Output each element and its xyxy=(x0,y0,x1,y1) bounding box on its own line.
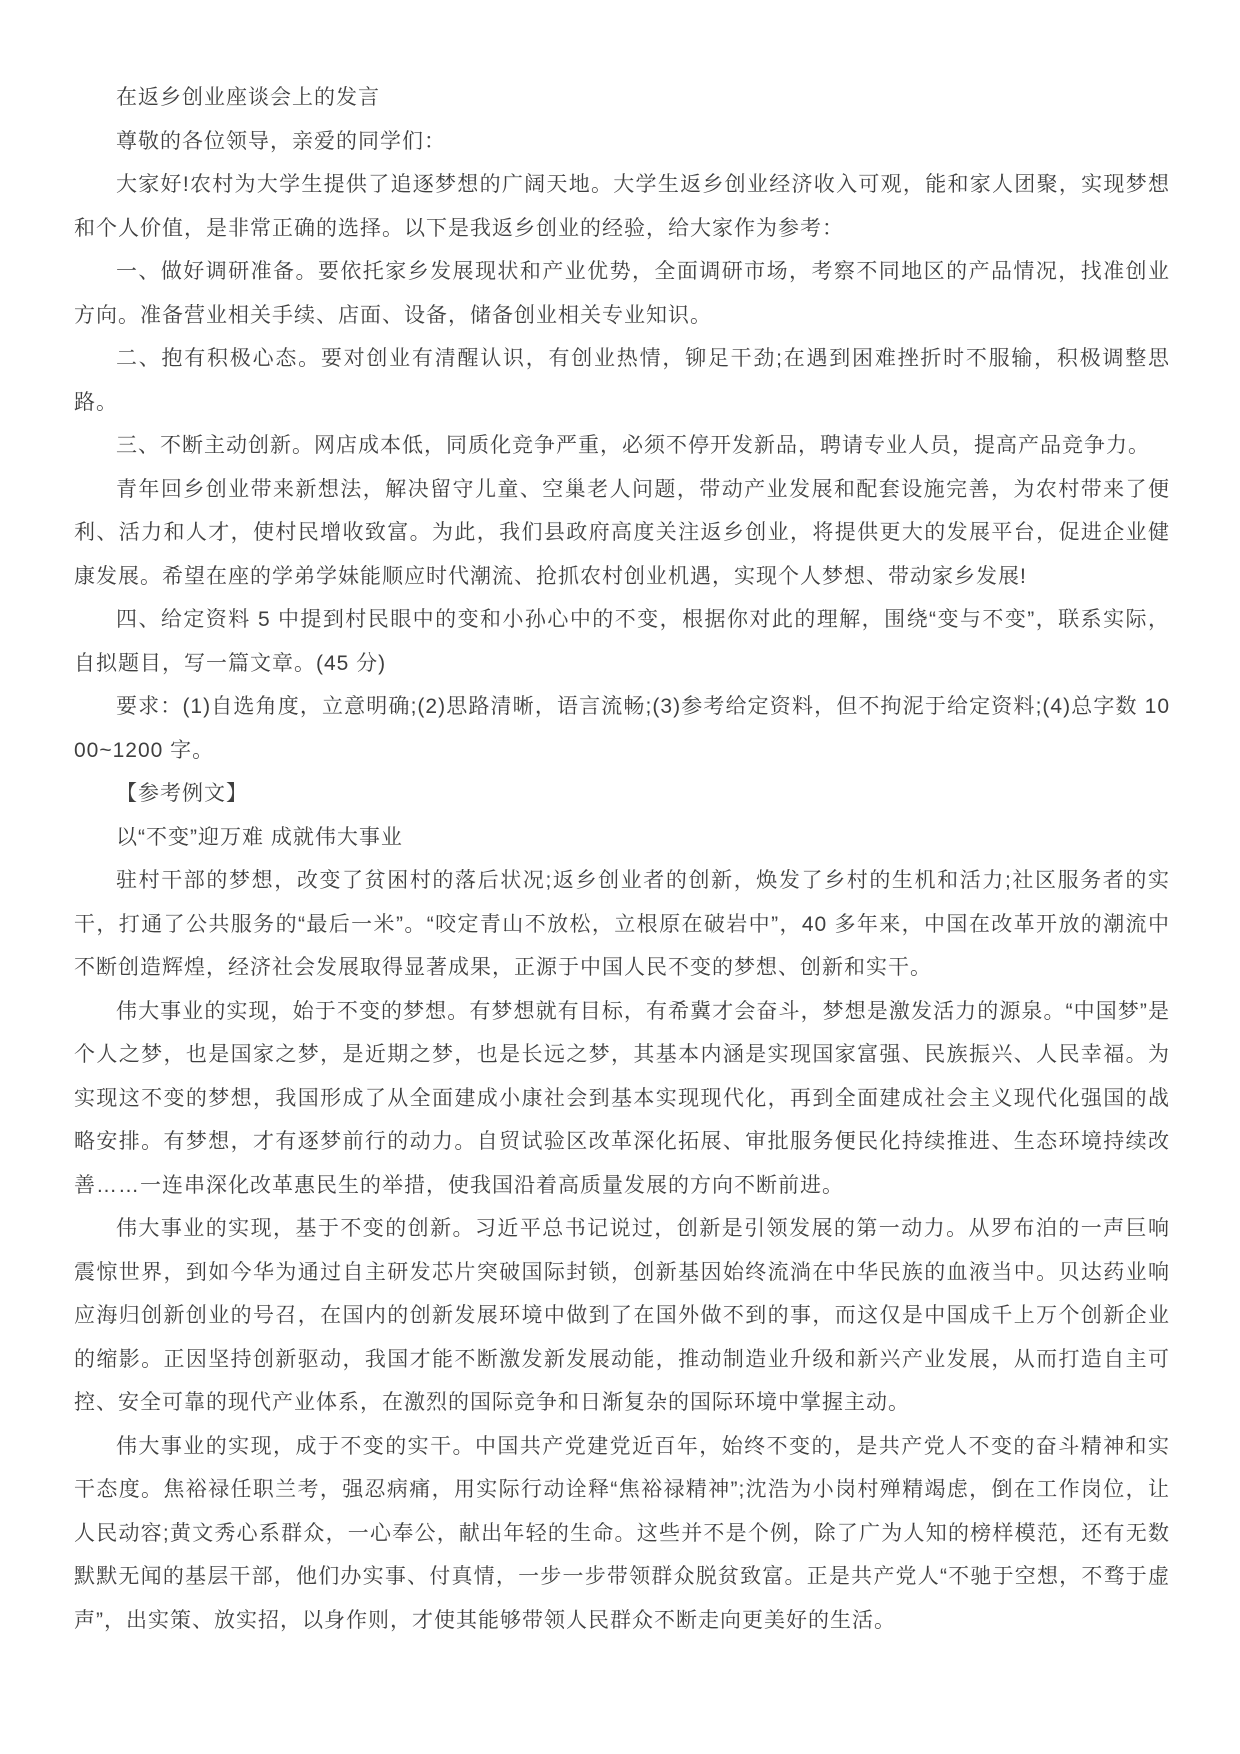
paragraph: 在返乡创业座谈会上的发言 xyxy=(74,76,1170,120)
page: { "page": { "background": "#ffffff", "te… xyxy=(0,0,1240,1754)
paragraph: 伟大事业的实现，始于不变的梦想。有梦想就有目标，有希冀才会奋斗，梦想是激发活力的… xyxy=(74,990,1170,1208)
paragraph: 二、抱有积极心态。要对创业有清醒认识，有创业热情，铆足干劲;在遇到困难挫折时不服… xyxy=(74,337,1170,424)
paragraph: 一、做好调研准备。要依托家乡发展现状和产业优势，全面调研市场，考察不同地区的产品… xyxy=(74,250,1170,337)
paragraph: 三、不断主动创新。网店成本低，同质化竞争严重，必须不停开发新品，聘请专业人员，提… xyxy=(74,424,1170,468)
paragraph: 【参考例文】 xyxy=(74,772,1170,816)
paragraph: 要求：(1)自选角度，立意明确;(2)思路清晰，语言流畅;(3)参考给定资料，但… xyxy=(74,685,1170,772)
paragraph: 伟大事业的实现，基于不变的创新。习近平总书记说过，创新是引领发展的第一动力。从罗… xyxy=(74,1207,1170,1425)
paragraph: 大家好!农村为大学生提供了追逐梦想的广阔天地。大学生返乡创业经济收入可观，能和家… xyxy=(74,163,1170,250)
paragraph: 四、给定资料 5 中提到村民眼中的变和小孙心中的不变，根据你对此的理解，围绕“变… xyxy=(74,598,1170,685)
document-body: 在返乡创业座谈会上的发言尊敬的各位领导，亲爱的同学们：大家好!农村为大学生提供了… xyxy=(74,76,1170,1642)
paragraph: 驻村干部的梦想，改变了贫困村的落后状况;返乡创业者的创新，焕发了乡村的生机和活力… xyxy=(74,859,1170,990)
document: 在返乡创业座谈会上的发言尊敬的各位领导，亲爱的同学们：大家好!农村为大学生提供了… xyxy=(0,0,1240,1702)
paragraph: 尊敬的各位领导，亲爱的同学们： xyxy=(74,120,1170,164)
paragraph: 伟大事业的实现，成于不变的实干。中国共产党建党近百年，始终不变的，是共产党人不变… xyxy=(74,1425,1170,1643)
paragraph: 以“不变”迎万难 成就伟大事业 xyxy=(74,816,1170,860)
paragraph: 青年回乡创业带来新想法，解决留守儿童、空巢老人问题，带动产业发展和配套设施完善，… xyxy=(74,468,1170,599)
